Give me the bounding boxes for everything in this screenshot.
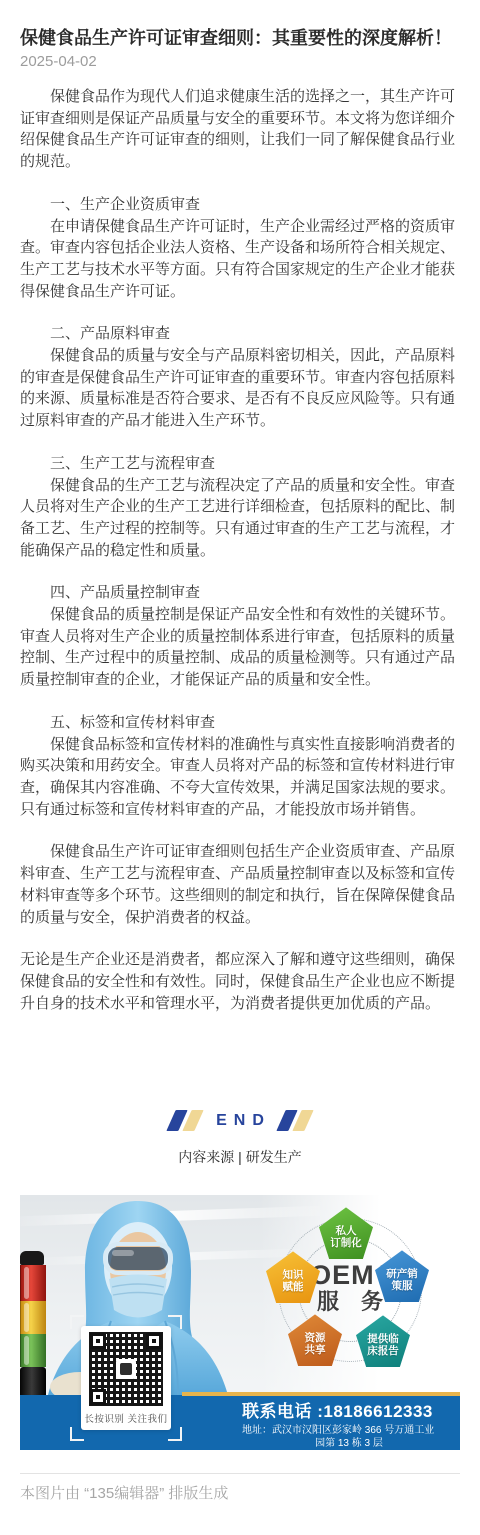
address-line-1: 地址：武汉市汉阳区彭家岭 366 号万通工业 xyxy=(242,1424,456,1437)
badge-private-customization: 私人 订制化 xyxy=(319,1207,373,1259)
paragraph-summary: 保健食品生产许可证审查细则包括生产企业资质审查、产品原料审查、生产工艺与流程审查… xyxy=(20,841,460,928)
qr-center-logo xyxy=(116,1359,136,1379)
tower-green-light xyxy=(20,1334,46,1367)
contact-info: 联系电话 :18186612333 地址：武汉市汉阳区彭家岭 366 号万通工业… xyxy=(242,1401,456,1450)
tower-cap xyxy=(20,1251,44,1265)
page-title: 保健食品生产许可证审查细则：其重要性的深度解析！ xyxy=(20,26,460,50)
address-line-2: 园第 13 栋 3 层 xyxy=(242,1437,456,1450)
qr-code-card: 长按识别 关注我们 xyxy=(81,1326,171,1430)
tower-red-light xyxy=(20,1265,46,1301)
section-2-body: 保健食品的质量与安全与产品原料密切相关，因此，产品原料的审查是保健食品生产许可证… xyxy=(20,345,460,432)
qr-finder-icon xyxy=(90,1389,106,1405)
section-5: 五、标签和宣传材料审查 保健食品标签和宣传材料的准确性与真实性直接影响消费者的购… xyxy=(20,712,460,821)
section-1-heading: 一、生产企业资质审查 xyxy=(20,194,460,216)
end-divider: END xyxy=(0,1110,480,1131)
section-5-body: 保健食品标签和宣传材料的准确性与真实性直接影响消费者的购买决策和用药安全。审查人… xyxy=(20,734,460,821)
section-5-heading: 五、标签和宣传材料审查 xyxy=(20,712,460,734)
article-page: 保健食品生产许可证审查细则：其重要性的深度解析！ 2025-04-02 保健食品… xyxy=(0,0,480,1535)
section-3-body: 保健食品的生产工艺与流程决定了产品的质量和安全性。审查人员将对生产企业的生产工艺… xyxy=(20,475,460,562)
phone-line: 联系电话 :18186612333 xyxy=(242,1401,456,1422)
promo-banner-image: OEM⁺ 服 务 私人 订制化 知识 赋能 研产销 策服 资源 共享 提供临 床… xyxy=(20,1195,460,1450)
article-body: 保健食品生产许可证审查细则：其重要性的深度解析！ 2025-04-02 保健食品… xyxy=(0,0,480,1014)
end-label: END xyxy=(216,1112,271,1130)
section-3: 三、生产工艺与流程审查 保健食品的生产工艺与流程决定了产品的质量和安全性。审查人… xyxy=(20,453,460,562)
qr-code xyxy=(89,1332,163,1406)
publish-date: 2025-04-02 xyxy=(20,52,460,72)
section-1: 一、生产企业资质审查 在申请保健食品生产许可证时，生产企业需经过严格的资质审查。… xyxy=(20,194,460,303)
section-2: 二、产品原料审查 保健食品的质量与安全与产品原料密切相关，因此，产品原料的审查是… xyxy=(20,323,460,432)
footer-divider xyxy=(20,1473,460,1474)
phone-label: 联系电话 : xyxy=(242,1402,323,1421)
paragraph-intro: 保健食品作为现代人们追求健康生活的选择之一，其生产许可证审查细则是保证产品质量与… xyxy=(20,86,460,173)
qr-finder-icon xyxy=(90,1333,106,1349)
phone-number: 18186612333 xyxy=(323,1402,433,1421)
gold-accent-line xyxy=(182,1392,460,1396)
section-1-body: 在申请保健食品生产许可证时，生产企业需经过严格的资质审查。审查内容包括企业法人资… xyxy=(20,216,460,303)
qr-caption: 长按识别 关注我们 xyxy=(81,1411,171,1425)
qr-finder-icon xyxy=(146,1333,162,1349)
editor-credit: 本图片由 “135编辑器” 排版生成 xyxy=(20,1483,460,1504)
section-3-heading: 三、生产工艺与流程审查 xyxy=(20,453,460,475)
section-2-heading: 二、产品原料审查 xyxy=(20,323,460,345)
paragraph-closing: 无论是生产企业还是消费者，都应深入了解和遵守这些细则，确保保健食品的安全性和有效… xyxy=(20,949,460,1014)
bracket-corner-icon xyxy=(168,1427,182,1441)
content-source: 内容来源 | 研发生产 xyxy=(0,1147,480,1167)
section-4: 四、产品质量控制审查 保健食品的质量控制是保证产品安全性和有效性的关键环节。审查… xyxy=(20,582,460,691)
section-4-heading: 四、产品质量控制审查 xyxy=(20,582,460,604)
section-4-body: 保健食品的质量控制是保证产品安全性和有效性的关键环节。审查人员将对生产企业的质量… xyxy=(20,604,460,691)
tower-yellow-light xyxy=(20,1301,46,1334)
